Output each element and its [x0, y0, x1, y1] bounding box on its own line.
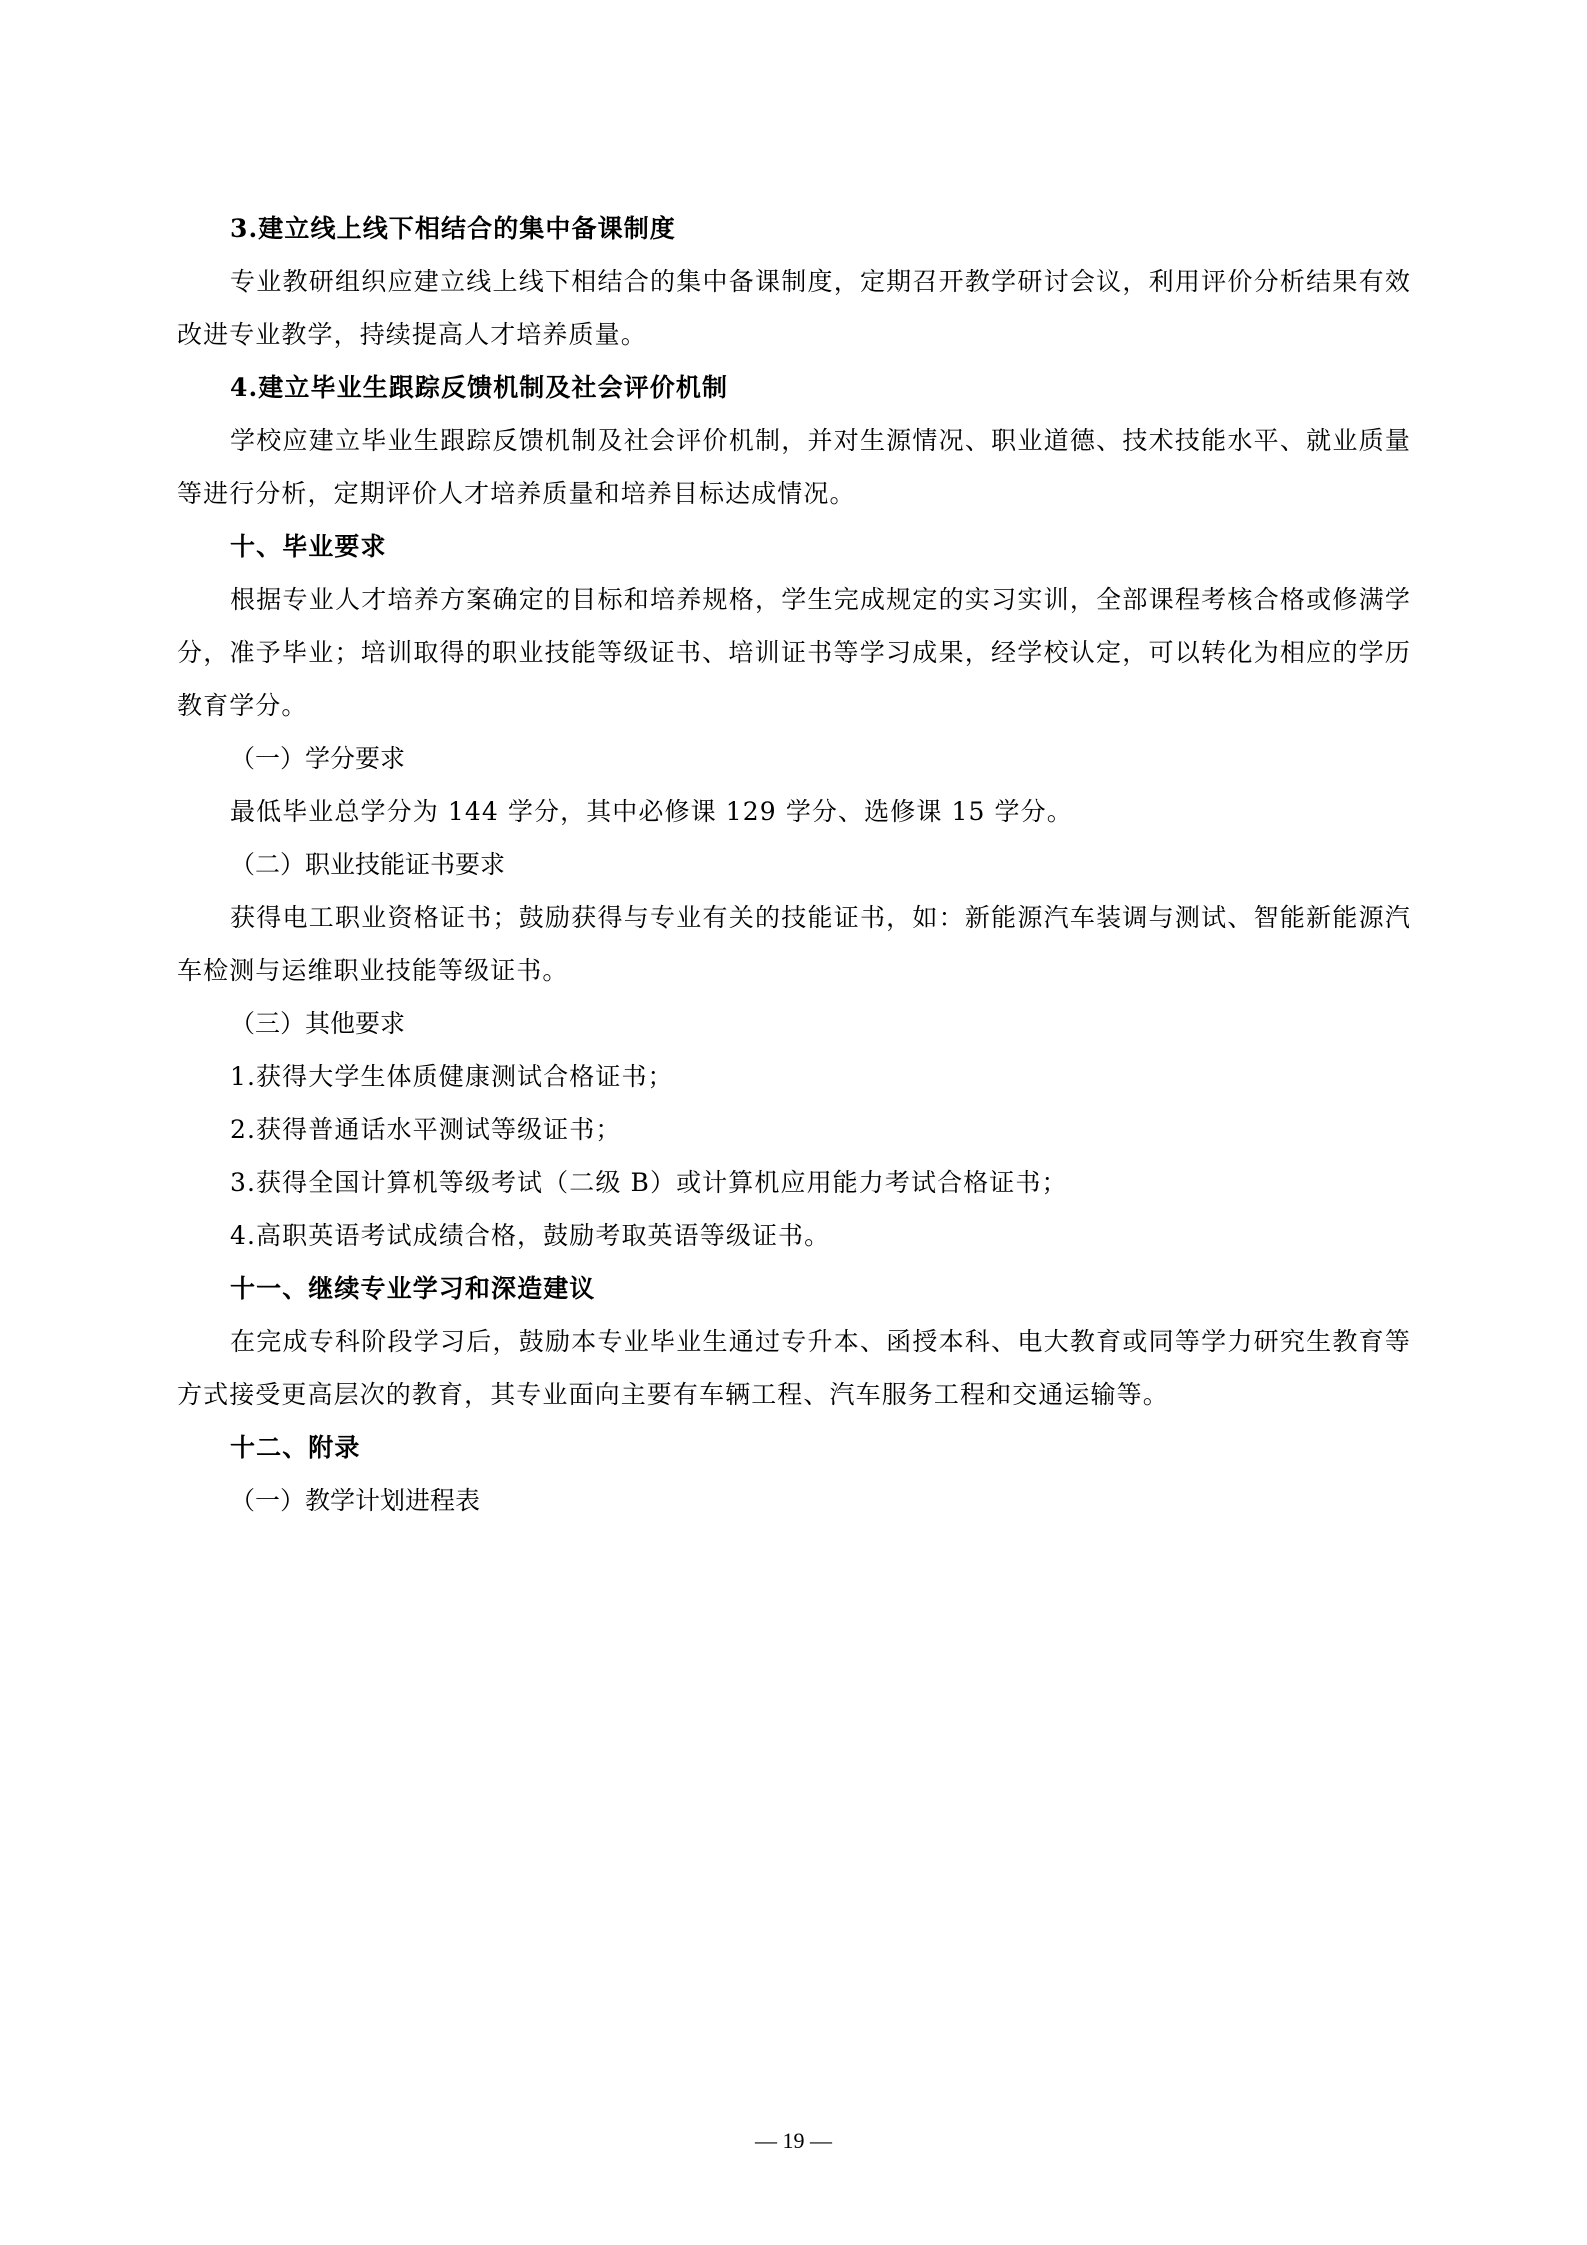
- appendix-heading: 十二、附录: [177, 1421, 1411, 1474]
- certificate-heading: （二）职业技能证书要求: [177, 838, 1411, 891]
- graduation-heading: 十、毕业要求: [177, 520, 1411, 573]
- other-requirements-heading: （三）其他要求: [177, 997, 1411, 1050]
- appendix-subheading: （一）教学计划进程表: [177, 1474, 1411, 1527]
- certificate-body: 获得电工职业资格证书；鼓励获得与专业有关的技能证书，如：新能源汽车装调与测试、智…: [177, 891, 1411, 997]
- other-requirement-item: 4.高职英语考试成绩合格，鼓励考取英语等级证书。: [177, 1209, 1411, 1262]
- graduation-body: 根据专业人才培养方案确定的目标和培养规格，学生完成规定的实习实训，全部课程考核合…: [177, 573, 1411, 732]
- section-body-4: 学校应建立毕业生跟踪反馈机制及社会评价机制，并对生源情况、职业道德、技术技能水平…: [177, 414, 1411, 520]
- document-page: 3.建立线上线下相结合的集中备课制度 专业教研组织应建立线上线下相结合的集中备课…: [177, 202, 1411, 1527]
- page-number: — 19 —: [0, 2128, 1587, 2154]
- section-body-3: 专业教研组织应建立线上线下相结合的集中备课制度，定期召开教学研讨会议，利用评价分…: [177, 255, 1411, 361]
- further-study-body: 在完成专科阶段学习后，鼓励本专业毕业生通过专升本、函授本科、电大教育或同等学力研…: [177, 1315, 1411, 1421]
- other-requirement-item: 1.获得大学生体质健康测试合格证书；: [177, 1050, 1411, 1103]
- further-study-heading: 十一、继续专业学习和深造建议: [177, 1262, 1411, 1315]
- credit-body: 最低毕业总学分为 144 学分，其中必修课 129 学分、选修课 15 学分。: [177, 785, 1411, 838]
- credit-heading: （一）学分要求: [177, 732, 1411, 785]
- other-requirement-item: 3.获得全国计算机等级考试（二级 B）或计算机应用能力考试合格证书；: [177, 1156, 1411, 1209]
- section-heading-4: 4.建立毕业生跟踪反馈机制及社会评价机制: [177, 361, 1411, 414]
- other-requirement-item: 2.获得普通话水平测试等级证书；: [177, 1103, 1411, 1156]
- section-heading-3: 3.建立线上线下相结合的集中备课制度: [177, 202, 1411, 255]
